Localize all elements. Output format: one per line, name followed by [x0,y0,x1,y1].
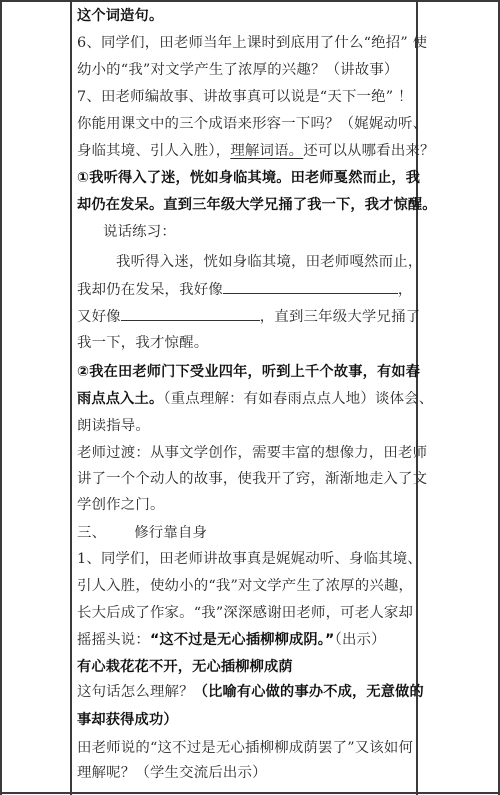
practice-line-1: 我听得入迷，恍如身临其境，田老师嘎然而止， [77,252,422,272]
text-segment: ， [398,282,413,298]
section-3-heading: 三、修行靠自身 [77,523,207,543]
proverb-line: 有心栽花花不开，无心插柳柳成荫 [77,657,293,677]
practice-line-3: 又好像，直到三年级大学兄捅了 [77,306,420,326]
column-divider-1 [70,0,72,795]
fill-in-blank-1[interactable] [223,279,398,294]
final-question-line-2: 理解呢？（学生交流后出示） [77,763,267,783]
text-segment: 身临其境、引人入胜）， [77,143,230,159]
section-3-q1-line-4: 摇摇头说：“这不过是无心插柳柳成阴。”（出示） [77,630,386,650]
quote-1-line-1: ①我听得入了迷，恍如身临其境。田老师戛然而止，我 [77,168,420,188]
speaking-practice-heading: 说话练习： [77,222,176,242]
question-6-line-2: 幼小的“我”对文学产生了浓厚的兴趣？（讲故事） [77,60,399,80]
quote-2-line-1: ②我在田老师门下受业四年，听到上千个故事，有如春 [77,362,420,382]
question-7-line-3: 身临其境、引人入胜），理解词语。还可以从哪看出来？ [77,141,435,161]
lesson-plan-table: 这个词造句。 6、同学们，田老师当年上课时到底用了什么“绝招” 使 幼小的“我”… [0,0,500,795]
text-segment: 又好像 [77,309,121,325]
text-segment: 我却仍在发呆，我好像 [77,282,223,298]
practice-line-2: 我却仍在发呆，我好像， [77,279,413,299]
text-segment-bold: （比喻有心做的事办不成，无意做的 [194,684,424,700]
transition-line-3: 学创作之门。 [77,495,165,515]
fill-in-blank-2[interactable] [121,306,260,321]
text-segment-bold: 雨点点入土。 [77,391,163,407]
transition-line-2: 讲了一个个动人的故事，使我开了窍，渐渐地走入了文 [77,469,427,489]
section-3-q1-line-3: 长大后成了作家。“我”深深感谢田老师，可老人家却 [77,603,413,623]
text-segment: 这句话怎么理解？ [77,684,194,700]
text-segment: （重点理解：有如春雨点点人地）谈体会、 [163,391,433,407]
underlined-term: 理解词语。 [230,143,303,159]
quote-2-line-2: 雨点点入土。（重点理解：有如春雨点点人地）谈体会、 [77,389,433,409]
text-segment: 还可以从哪看出来？ [303,143,434,159]
question-7-line-2: 你能用课文中的三个成语来形容一下吗？（娓娓动听、 [77,114,427,134]
transition-line-1: 老师过渡：从事文学创作，需要丰富的想像力，田老师 [77,443,427,463]
text-line: 这个词造句。 [77,6,163,26]
proverb-question-line-1: 这句话怎么理解？（比喻有心做的事办不成，无意做的 [77,682,424,702]
question-7-line-1: 7、田老师编故事、讲故事真可以说是“天下一绝” ！ [77,87,413,107]
quote-2-line-3: 朗读指导。 [77,416,150,436]
text-segment: （出示） [335,632,386,648]
table-border-bottom [0,792,500,794]
section-number: 三、 [77,525,106,541]
final-question-line-1: 田老师说的“这不过是无心插柳柳成荫罢了”又该如何 [77,738,413,758]
text-segment: ，直到三年级大学兄捅了 [260,309,421,325]
section-3-q1-line-1: 1、同学们，田老师讲故事真是娓娓动听、身临其境、 [77,549,422,569]
left-column-cell [2,2,70,792]
question-6-line-1: 6、同学们，田老师当年上课时到底用了什么“绝招” 使 [77,33,427,53]
practice-line-4: 我一下，我才惊醒。 [77,333,208,353]
section-3-q1-line-2: 引人入胜，使幼小的“我”对文学产生了浓厚的兴趣， [77,576,413,596]
text-segment: 摇摇头说： [77,632,150,648]
text-segment-bold: “这不过是无心插柳柳成阴。” [150,632,335,648]
section-title: 修行靠自身 [106,525,207,541]
quote-1-line-2: 却仍在发呆。直到三年级大学兄捅了我一下，我才惊醒。 [77,195,437,215]
proverb-question-line-2: 事却获得成功） [77,710,178,730]
